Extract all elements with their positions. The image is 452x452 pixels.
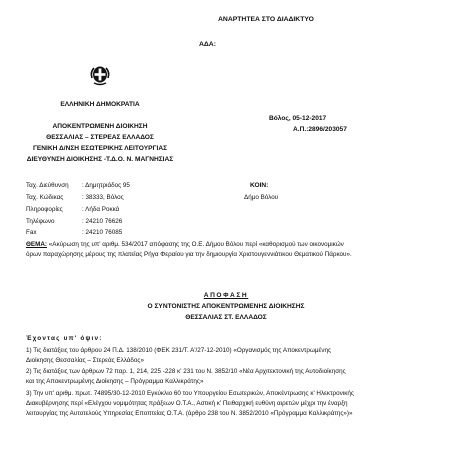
contact-value: : 38333, Βόλος [82,194,124,201]
considering-item-2: 2) Τις διατάξεις των άρθρων 72 παρ. 1, 2… [26,367,426,387]
considering-item-line: 3) Την υπ' αριθμ. πρωτ. 74895/30-12-2010… [26,389,426,399]
subject-label: ΘΕΜΑ: [26,241,47,248]
republic-heading: ΕΛΛΗΝΙΚΗ ΔΗΜΟΚΡΑΤΙΑ [0,101,200,108]
considering-heading: Έχοντας υπ' όψιν: [26,335,103,342]
contact-label: Πληροφορίες [26,206,82,213]
contact-row-fax: Fax: 24210 76085 [26,229,122,236]
authority-line-3: ΓΕΝΙΚΗ Δ/ΝΣΗ ΕΣΩΤΕΡΙΚΗΣ ΛΕΙΤΟΥΡΓΙΑΣ [0,145,200,152]
considering-item-line: λειτουργίας της Αυτοτελούς Υπηρεσίας Επο… [26,409,426,419]
koin-recipient: Δήμο Βόλου [244,194,278,201]
decision-title: ΑΠΟΦΑΣΗ [0,292,452,299]
considering-item-3: 3) Την υπ' αριθμ. πρωτ. 74895/30-12-2010… [26,389,426,419]
contact-label: Ταχ. Κώδικας [26,194,82,201]
contact-label: Ταχ. Διεύθυνση [26,182,82,189]
contact-value: : 24210 76085 [82,229,122,236]
subject-text-1: «Ακύρωση της υπ' αριθμ. 534/2017 απόφαση… [49,241,344,248]
ada-label: ΑΔΑ: [199,41,216,48]
contact-row-phone: Τηλέφωνο: 24210 76626 [26,218,122,225]
considering-item-line: Διοίκησης Θεσσαλίας – Στερεάς Ελλάδος» [26,356,426,366]
decision-issuer-line-2: ΘΕΣΣΑΛΙΑΣ ΣΤ. ΕΛΛΑΔΟΣ [0,314,452,321]
publication-notice: ΑΝΑΡΤΗΤΕΑ ΣΤΟ ΔΙΑΔΙΚΤΥΟ [218,16,314,23]
considering-item-line: 1) Τις διατάξεις του άρθρου 24 Π.Δ. 138/… [26,346,426,356]
subject-line-2: όρων παραχώρησης μέρους της πλατείας Ρήγ… [26,250,426,260]
contact-row-postal-code: Ταχ. Κώδικας: 38333, Βόλος [26,194,124,201]
place-date: Βόλος, 05-12-2017 [269,115,326,122]
contact-row-info: Πληροφορίες: Λήδα Ροκκά [26,206,119,213]
considering-item-line: Διακυβέρνησης περί «Ελέγχου νομιμότητας … [26,399,426,409]
contact-value: : 24210 76626 [82,218,122,225]
protocol-number: Α.Π.:2896/203057 [293,126,347,133]
authority-line-1: ΑΠΟΚΕΝΤΡΩΜΕΝΗ ΔΙΟΙΚΗΣΗ [0,123,200,130]
contact-label: Fax [26,229,82,236]
subject-line-1: ΘΕΜΑ: «Ακύρωση της υπ' αριθμ. 534/2017 α… [26,240,426,250]
considering-item-1: 1) Τις διατάξεις του άρθρου 24 Π.Δ. 138/… [26,346,426,366]
contact-value: : Δημητριάδος 95 [82,182,130,189]
greek-coat-of-arms-icon [88,63,112,87]
considering-item-line: και της Αποκεντρωμένης Διοίκησης – Πρόγρ… [26,377,426,387]
authority-line-4: ΔΙΕΥΘΥΝΣΗ ΔΙΟΙΚΗΣΗΣ -Τ.Δ.Ο. Ν. ΜΑΓΝΗΣΙΑΣ [0,156,200,163]
contact-value: : Λήδα Ροκκά [82,206,119,213]
contact-label: Τηλέφωνο [26,218,82,225]
considering-item-line: 2) Τις διατάξεις των άρθρων 72 παρ. 1, 2… [26,367,426,377]
authority-line-2: ΘΕΣΣΑΛΙΑΣ – ΣΤΕΡΕΑΣ ΕΛΛΑΔΟΣ [0,134,200,141]
subject-block: ΘΕΜΑ: «Ακύρωση της υπ' αριθμ. 534/2017 α… [26,240,426,260]
decision-issuer-line-1: Ο ΣΥΝΤΟΝΙΣΤΗΣ ΑΠΟΚΕΝΤΡΩΜΕΝΗΣ ΔΙΟΙΚΗΣΗΣ [0,303,452,310]
contact-row-address: Ταχ. Διεύθυνση: Δημητριάδος 95 [26,182,130,189]
koin-label: ΚΟΙΝ: [250,182,268,189]
